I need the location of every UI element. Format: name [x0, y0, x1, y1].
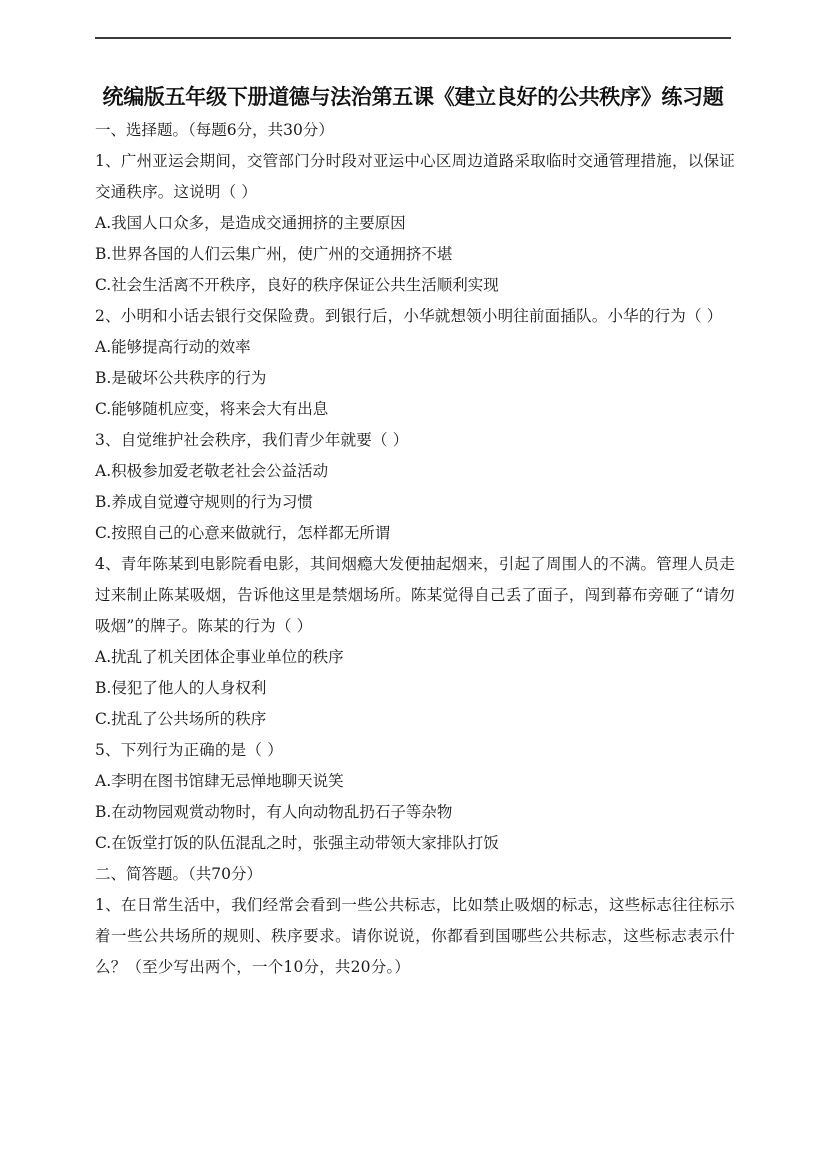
option-a: A.能够提高行动的效率 — [95, 332, 735, 363]
option-b: B.侵犯了他人的人身权利 — [95, 673, 735, 704]
section-heading-multiple-choice: 一、选择题。（每题6分，共30分） — [95, 115, 735, 146]
option-b: B.养成自觉遵守规则的行为习惯 — [95, 487, 735, 518]
option-a: A.扰乱了机关团体企事业单位的秩序 — [95, 642, 735, 673]
question-3: 3、自觉维护社会秩序，我们青少年就要（ ） A.积极参加爱老敬老社会公益活动 B… — [95, 425, 735, 549]
document-body: 一、选择题。（每题6分，共30分） 1、广州亚运会期间，交管部门分时段对亚运中心… — [95, 115, 735, 983]
header-rule — [95, 37, 731, 39]
short-answer-question-1: 1、在日常生活中，我们经常会看到一些公共标志，比如禁止吸烟的标志，这些标志往往标… — [95, 890, 735, 983]
document-title: 统编版五年级下册道德与法治第五课《建立良好的公共秩序》练习题 — [95, 84, 731, 110]
question-stem: 5、下列行为正确的是（ ） — [95, 735, 735, 766]
option-b: B.在动物园观赏动物时，有人向动物乱扔石子等杂物 — [95, 797, 735, 828]
question-5: 5、下列行为正确的是（ ） A.李明在图书馆肆无忌惮地聊天说笑 B.在动物园观赏… — [95, 735, 735, 859]
option-a: A.积极参加爱老敬老社会公益活动 — [95, 456, 735, 487]
question-stem: 4、青年陈某到电影院看电影，其间烟瘾大发便抽起烟来，引起了周围人的不满。管理人员… — [95, 549, 735, 642]
question-4: 4、青年陈某到电影院看电影，其间烟瘾大发便抽起烟来，引起了周围人的不满。管理人员… — [95, 549, 735, 735]
section-heading-short-answer: 二、简答题。（共70分） — [95, 859, 735, 890]
option-c: C.扰乱了公共场所的秩序 — [95, 704, 735, 735]
option-a: A.李明在图书馆肆无忌惮地聊天说笑 — [95, 766, 735, 797]
question-stem: 1、广州亚运会期间，交管部门分时段对亚运中心区周边道路采取临时交通管理措施，以保… — [95, 146, 735, 208]
question-1: 1、广州亚运会期间，交管部门分时段对亚运中心区周边道路采取临时交通管理措施，以保… — [95, 146, 735, 301]
option-c: C.按照自己的心意来做就行，怎样都无所谓 — [95, 518, 735, 549]
option-b: B.世界各国的人们云集广州，使广州的交通拥挤不堪 — [95, 239, 735, 270]
option-c: C.社会生活离不开秩序，良好的秩序保证公共生活顺利实现 — [95, 270, 735, 301]
option-b: B.是破坏公共秩序的行为 — [95, 363, 735, 394]
option-c: C.在饭堂打饭的队伍混乱之时，张强主动带领大家排队打饭 — [95, 828, 735, 859]
option-c: C.能够随机应变，将来会大有出息 — [95, 394, 735, 425]
question-stem: 1、在日常生活中，我们经常会看到一些公共标志，比如禁止吸烟的标志，这些标志往往标… — [95, 890, 735, 983]
question-stem: 2、小明和小话去银行交保险费。到银行后，小华就想领小明往前面插队。小华的行为（ … — [95, 301, 735, 332]
question-2: 2、小明和小话去银行交保险费。到银行后，小华就想领小明往前面插队。小华的行为（ … — [95, 301, 735, 425]
question-stem: 3、自觉维护社会秩序，我们青少年就要（ ） — [95, 425, 735, 456]
option-a: A.我国人口众多，是造成交通拥挤的主要原因 — [95, 208, 735, 239]
